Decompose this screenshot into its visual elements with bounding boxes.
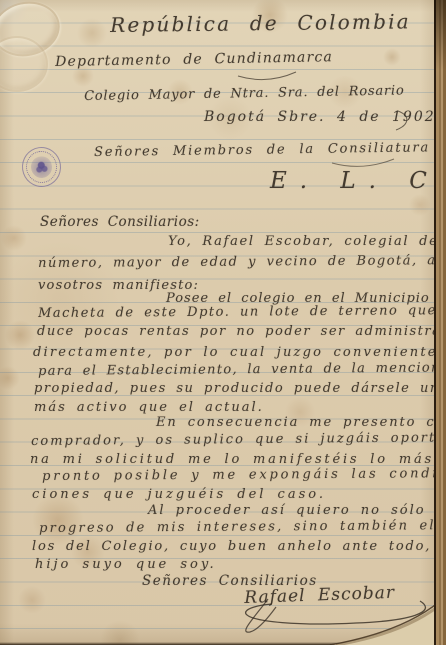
title-country: República de Colombia <box>110 9 411 37</box>
salutation: Señores Consiliarios: <box>40 214 200 230</box>
signature: Rafael Escobar <box>244 583 395 608</box>
book-page-edge-shadow <box>434 0 446 70</box>
dateline: Bogotá Sbre. 4 de 1902 <box>204 109 436 125</box>
body-line: más activo que el actual. <box>34 400 264 415</box>
courtesy-initials: E. L. C. <box>270 168 446 194</box>
body-line: progreso de mis intereses, sino también … <box>39 518 446 536</box>
body-line: para el Establecimiento, la venta de la … <box>38 360 446 379</box>
addressee-line: Señores Miembros de la Consiliatura <box>94 140 430 160</box>
body-line: comprador, y os suplico que si juzgáis o… <box>31 430 446 449</box>
ink-stamp-seal-icon <box>19 144 63 189</box>
body-line: propiedad, pues su producido puede dárse… <box>34 381 446 396</box>
body-line: Macheta de este Dpto. un lote de terreno… <box>38 303 446 321</box>
body-line: número, mayor de edad y vecino de Bogotá… <box>38 253 446 271</box>
title-institution: Colegio Mayor de Ntra. Sra. del Rosario <box>84 83 405 104</box>
body-line: ciones que juzguéis del caso. <box>32 487 326 502</box>
body-line: Yo, Rafael Escobar, colegial de <box>168 234 439 249</box>
body-line: duce pocas rentas por no poder ser admin… <box>37 324 446 339</box>
body-line: pronto posible y me expongáis las condi- <box>42 466 446 484</box>
body-line: directamente, por lo cual juzgo convenie… <box>33 345 438 360</box>
body-line: En consecuencia me presento como <box>156 415 446 430</box>
book-page-edge <box>434 0 446 645</box>
body-line: Al proceder así quiero no sólo el <box>148 503 446 518</box>
manuscript-letter-page: República de Colombia Departamento de Cu… <box>0 0 446 645</box>
title-department: Departamento de Cundinamarca <box>55 49 333 70</box>
department-underline-swash <box>238 72 296 79</box>
body-line: hijo suyo que soy. <box>35 557 217 572</box>
addressee-underline-swash <box>332 159 394 166</box>
body-line: los del Colegio, cuyo buen anhelo ante t… <box>32 539 446 554</box>
corner-curl-shadow <box>336 600 446 645</box>
body-line: na mi solicitud me lo manifestéis lo más <box>30 452 434 467</box>
